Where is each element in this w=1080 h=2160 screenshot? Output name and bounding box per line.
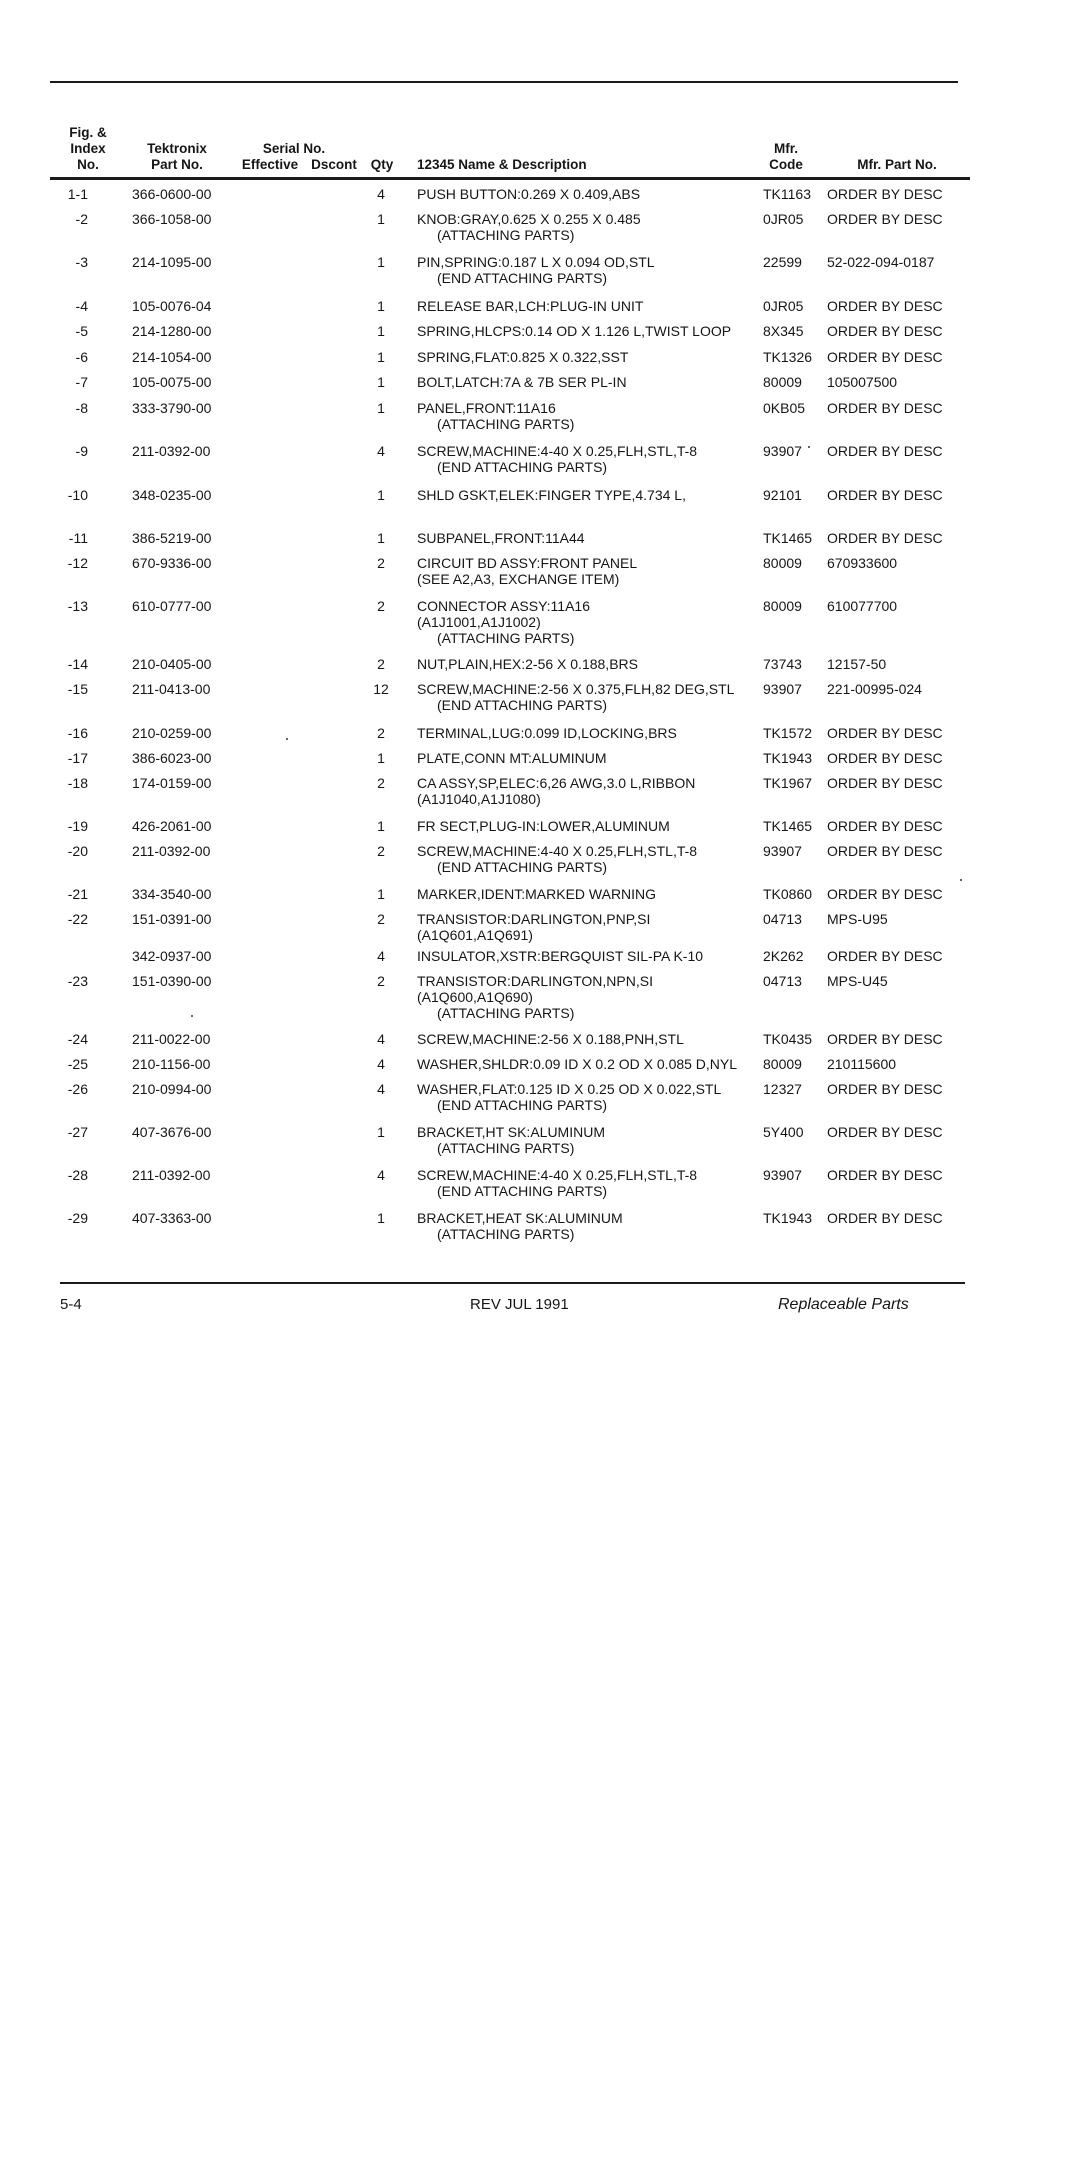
name-description: BRACKET,HEAT SK:ALUMINUM(ATTACHING PARTS…: [417, 1210, 623, 1242]
mfr-part-no: ORDER BY DESC: [827, 443, 943, 459]
header-mfr-code-line: Mfr.: [765, 141, 807, 157]
fig-index: -22: [40, 911, 88, 927]
quantity: 2: [368, 555, 394, 571]
tektronix-part-no: 407-3363-00: [132, 1210, 211, 1226]
tektronix-part-no: 610-0777-00: [132, 598, 211, 614]
mfr-part-no: 670933600: [827, 555, 897, 571]
mfr-part-no: 610077700: [827, 598, 897, 614]
mfr-code: 93907: [763, 443, 802, 459]
fig-index: -21: [40, 886, 88, 902]
fig-index: -27: [40, 1124, 88, 1140]
tektronix-part-no: 211-0413-00: [132, 681, 210, 697]
mfr-code: 80009: [763, 555, 802, 571]
name-description: SCREW,MACHINE:2-56 X 0.188,PNH,STL: [417, 1031, 684, 1047]
tektronix-part-no: 210-0259-00: [132, 725, 211, 741]
fig-index: -9: [40, 443, 88, 459]
header-effective: Effective: [240, 157, 300, 173]
tektronix-part-no: 366-1058-00: [132, 211, 211, 227]
tektronix-part-no: 366-0600-00: [132, 186, 211, 202]
mfr-code: 73743: [763, 656, 802, 672]
mfr-part-no: ORDER BY DESC: [827, 186, 943, 202]
description-line: BOLT,LATCH:7A & 7B SER PL-IN: [417, 374, 627, 390]
description-line: SCREW,MACHINE:2-56 X 0.375,FLH,82 DEG,ST…: [417, 681, 734, 697]
tektronix-part-no: 348-0235-00: [132, 487, 211, 503]
mfr-code: 8X345: [763, 323, 803, 339]
quantity: 4: [368, 1031, 394, 1047]
fig-index: -11: [40, 530, 88, 546]
header-rule: [50, 177, 970, 180]
quantity: 2: [368, 973, 394, 989]
mfr-part-no: 105007500: [827, 374, 897, 390]
tektronix-part-no: 333-3790-00: [132, 400, 211, 416]
fig-index: -12: [40, 555, 88, 571]
description-line: (ATTACHING PARTS): [417, 1226, 623, 1242]
name-description: PUSH BUTTON:0.269 X 0.409,ABS: [417, 186, 640, 202]
mfr-code: 92101: [763, 487, 802, 503]
footer-rule: [60, 1282, 965, 1284]
name-description: BRACKET,HT SK:ALUMINUM(ATTACHING PARTS): [417, 1124, 605, 1156]
tektronix-part-no: 105-0075-00: [132, 374, 211, 390]
tektronix-part-no: 211-0022-00: [132, 1031, 210, 1047]
name-description: WASHER,SHLDR:0.09 ID X 0.2 OD X 0.085 D,…: [417, 1056, 737, 1072]
quantity: 2: [368, 843, 394, 859]
header-index-line: Fig. &: [62, 125, 114, 141]
fig-index: -29: [40, 1210, 88, 1226]
quantity: 1: [368, 750, 394, 766]
description-line: (ATTACHING PARTS): [417, 416, 574, 432]
mfr-code: TK1326: [763, 349, 812, 365]
quantity: 12: [368, 681, 394, 697]
description-line: CIRCUIT BD ASSY:FRONT PANEL: [417, 555, 637, 571]
description-line: SPRING,FLAT:0.825 X 0.322,SST: [417, 349, 628, 365]
mfr-part-no: ORDER BY DESC: [827, 349, 943, 365]
fig-index: -19: [40, 818, 88, 834]
scan-speck: [286, 738, 288, 740]
fig-index: -13: [40, 598, 88, 614]
quantity: 1: [368, 323, 394, 339]
description-line: (END ATTACHING PARTS): [417, 697, 734, 713]
description-line: WASHER,SHLDR:0.09 ID X 0.2 OD X 0.085 D,…: [417, 1056, 737, 1072]
header-part-line: Tektronix: [140, 141, 214, 157]
fig-index: -10: [40, 487, 88, 503]
header-dscont: Dscont: [308, 157, 360, 173]
tektronix-part-no: 211-0392-00: [132, 843, 210, 859]
name-description: RELEASE BAR,LCH:PLUG-IN UNIT: [417, 298, 643, 314]
name-description: SPRING,HLCPS:0.14 OD X 1.126 L,TWIST LOO…: [417, 323, 731, 339]
name-description: SCREW,MACHINE:4-40 X 0.25,FLH,STL,T-8(EN…: [417, 443, 697, 475]
description-line: (ATTACHING PARTS): [417, 630, 590, 646]
top-rule: [50, 81, 958, 83]
header-part-line: Part No.: [140, 157, 214, 173]
mfr-code: TK1943: [763, 1210, 812, 1226]
tektronix-part-no: 334-3540-00: [132, 886, 211, 902]
name-description: WASHER,FLAT:0.125 ID X 0.25 OD X 0.022,S…: [417, 1081, 721, 1113]
mfr-code: 0JR05: [763, 298, 803, 314]
tektronix-part-no: 211-0392-00: [132, 1167, 210, 1183]
mfr-code: 04713: [763, 911, 802, 927]
fig-index: -28: [40, 1167, 88, 1183]
revision-date: REV JUL 1991: [470, 1296, 569, 1313]
quantity: 4: [368, 186, 394, 202]
description-line: TRANSISTOR:DARLINGTON,NPN,SI: [417, 973, 653, 989]
name-description: TRANSISTOR:DARLINGTON,PNP,SI(A1Q601,A1Q6…: [417, 911, 650, 943]
tektronix-part-no: 214-1054-00: [132, 349, 211, 365]
mfr-code: 0KB05: [763, 400, 805, 416]
description-line: PLATE,CONN MT:ALUMINUM: [417, 750, 607, 766]
mfr-code: TK1465: [763, 818, 812, 834]
header-qty: Qty: [368, 157, 396, 173]
fig-index: -26: [40, 1081, 88, 1097]
mfr-part-no: ORDER BY DESC: [827, 323, 943, 339]
tektronix-part-no: 407-3676-00: [132, 1124, 211, 1140]
mfr-code: 12327: [763, 1081, 802, 1097]
mfr-part-no: ORDER BY DESC: [827, 1031, 943, 1047]
fig-index: -3: [40, 254, 88, 270]
quantity: 1: [368, 487, 394, 503]
tektronix-part-no: 174-0159-00: [132, 775, 211, 791]
description-line: WASHER,FLAT:0.125 ID X 0.25 OD X 0.022,S…: [417, 1081, 721, 1097]
description-line: (END ATTACHING PARTS): [417, 459, 697, 475]
mfr-part-no: ORDER BY DESC: [827, 750, 943, 766]
quantity: 1: [368, 530, 394, 546]
name-description: NUT,PLAIN,HEX:2-56 X 0.188,BRS: [417, 656, 638, 672]
name-description: CA ASSY,SP,ELEC:6,26 AWG,3.0 L,RIBBON(A1…: [417, 775, 695, 807]
quantity: 1: [368, 374, 394, 390]
quantity: 1: [368, 298, 394, 314]
name-description: BOLT,LATCH:7A & 7B SER PL-IN: [417, 374, 627, 390]
quantity: 1: [368, 886, 394, 902]
page-number: 5-4: [60, 1296, 82, 1313]
mfr-part-no: ORDER BY DESC: [827, 843, 943, 859]
header-mfr-part-no: Mfr. Part No.: [852, 157, 942, 173]
description-line: PANEL,FRONT:11A16: [417, 400, 574, 416]
header-mfr-code: Mfr. Code: [765, 141, 807, 173]
quantity: 4: [368, 1081, 394, 1097]
scan-speck: [191, 1015, 193, 1017]
tektronix-part-no: 151-0390-00: [132, 973, 211, 989]
mfr-part-no: ORDER BY DESC: [827, 211, 943, 227]
name-description: SCREW,MACHINE:4-40 X 0.25,FLH,STL,T-8(EN…: [417, 1167, 697, 1199]
tektronix-part-no: 211-0392-00: [132, 443, 210, 459]
name-description: INSULATOR,XSTR:BERGQUIST SIL-PA K-10: [417, 948, 703, 964]
mfr-code: 80009: [763, 1056, 802, 1072]
description-line: (ATTACHING PARTS): [417, 1140, 605, 1156]
mfr-code: 93907: [763, 843, 802, 859]
description-line: (ATTACHING PARTS): [417, 227, 641, 243]
mfr-code: TK0435: [763, 1031, 812, 1047]
mfr-code: TK1163: [763, 186, 811, 202]
quantity: 2: [368, 725, 394, 741]
name-description: CONNECTOR ASSY:11A16(A1J1001,A1J1002)(AT…: [417, 598, 590, 646]
mfr-part-no: ORDER BY DESC: [827, 818, 943, 834]
quantity: 1: [368, 349, 394, 365]
name-description: SCREW,MACHINE:2-56 X 0.375,FLH,82 DEG,ST…: [417, 681, 734, 713]
mfr-part-no: ORDER BY DESC: [827, 1210, 943, 1226]
header-index-line: No.: [62, 157, 114, 173]
description-line: SHLD GSKT,ELEK:FINGER TYPE,4.734 L,: [417, 487, 686, 503]
quantity: 1: [368, 211, 394, 227]
quantity: 1: [368, 1124, 394, 1140]
quantity: 1: [368, 1210, 394, 1226]
mfr-part-no: 52-022-094-0187: [827, 254, 934, 270]
tektronix-part-no: 214-1280-00: [132, 323, 211, 339]
description-line: RELEASE BAR,LCH:PLUG-IN UNIT: [417, 298, 643, 314]
description-line: NUT,PLAIN,HEX:2-56 X 0.188,BRS: [417, 656, 638, 672]
fig-index: -17: [40, 750, 88, 766]
name-description: KNOB:GRAY,0.625 X 0.255 X 0.485(ATTACHIN…: [417, 211, 641, 243]
fig-index: -23: [40, 973, 88, 989]
quantity: 2: [368, 775, 394, 791]
mfr-part-no: 12157-50: [827, 656, 886, 672]
fig-index: -14: [40, 656, 88, 672]
description-line: (ATTACHING PARTS): [417, 1005, 653, 1021]
tektronix-part-no: 426-2061-00: [132, 818, 211, 834]
mfr-code: TK1465: [763, 530, 812, 546]
description-line: SCREW,MACHINE:4-40 X 0.25,FLH,STL,T-8: [417, 1167, 697, 1183]
header-index-line: Index: [62, 141, 114, 157]
fig-index: -6: [40, 349, 88, 365]
mfr-part-no: 221-00995-024: [827, 681, 922, 697]
description-line: (END ATTACHING PARTS): [417, 270, 655, 286]
tektronix-part-no: 342-0937-00: [132, 948, 211, 964]
mfr-code: 04713: [763, 973, 802, 989]
mfr-code: TK1572: [763, 725, 812, 741]
tektronix-part-no: 105-0076-04: [132, 298, 211, 314]
name-description: PIN,SPRING:0.187 L X 0.094 OD,STL(END AT…: [417, 254, 655, 286]
fig-index: -18: [40, 775, 88, 791]
mfr-part-no: ORDER BY DESC: [827, 775, 943, 791]
description-line: CA ASSY,SP,ELEC:6,26 AWG,3.0 L,RIBBON: [417, 775, 695, 791]
description-line: SUBPANEL,FRONT:11A44: [417, 530, 585, 546]
header-description: 12345 Name & Description: [417, 157, 587, 173]
description-line: MARKER,IDENT:MARKED WARNING: [417, 886, 656, 902]
mfr-code: TK1943: [763, 750, 812, 766]
tektronix-part-no: 386-5219-00: [132, 530, 211, 546]
quantity: 4: [368, 1056, 394, 1072]
fig-index: -2: [40, 211, 88, 227]
fig-index: -8: [40, 400, 88, 416]
description-line: SPRING,HLCPS:0.14 OD X 1.126 L,TWIST LOO…: [417, 323, 731, 339]
description-line: (END ATTACHING PARTS): [417, 1097, 721, 1113]
tektronix-part-no: 386-6023-00: [132, 750, 211, 766]
name-description: PANEL,FRONT:11A16(ATTACHING PARTS): [417, 400, 574, 432]
quantity: 2: [368, 656, 394, 672]
header-index: Fig. & Index No.: [62, 125, 114, 173]
tektronix-part-no: 670-9336-00: [132, 555, 211, 571]
name-description: PLATE,CONN MT:ALUMINUM: [417, 750, 607, 766]
mfr-code: 80009: [763, 598, 802, 614]
mfr-code: 80009: [763, 374, 802, 390]
name-description: MARKER,IDENT:MARKED WARNING: [417, 886, 656, 902]
description-line: CONNECTOR ASSY:11A16: [417, 598, 590, 614]
quantity: 1: [368, 254, 394, 270]
header-part-no: Tektronix Part No.: [140, 141, 214, 173]
description-line: (A1J1040,A1J1080): [417, 791, 695, 807]
description-line: INSULATOR,XSTR:BERGQUIST SIL-PA K-10: [417, 948, 703, 964]
mfr-code: TK0860: [763, 886, 812, 902]
mfr-code: 2K262: [763, 948, 803, 964]
description-line: (A1J1001,A1J1002): [417, 614, 590, 630]
mfr-part-no: ORDER BY DESC: [827, 400, 943, 416]
mfr-code: 93907: [763, 1167, 802, 1183]
description-line: BRACKET,HT SK:ALUMINUM: [417, 1124, 605, 1140]
fig-index: -16: [40, 725, 88, 741]
mfr-part-no: 210115600: [827, 1056, 896, 1072]
mfr-code: 0JR05: [763, 211, 803, 227]
tektronix-part-no: 214-1095-00: [132, 254, 211, 270]
description-line: SCREW,MACHINE:2-56 X 0.188,PNH,STL: [417, 1031, 684, 1047]
description-line: KNOB:GRAY,0.625 X 0.255 X 0.485: [417, 211, 641, 227]
name-description: FR SECT,PLUG-IN:LOWER,ALUMINUM: [417, 818, 670, 834]
fig-index: 1-1: [40, 186, 88, 202]
description-line: PIN,SPRING:0.187 L X 0.094 OD,STL: [417, 254, 655, 270]
mfr-part-no: ORDER BY DESC: [827, 298, 943, 314]
fig-index: -7: [40, 374, 88, 390]
mfr-code: 5Y400: [763, 1124, 803, 1140]
description-line: TERMINAL,LUG:0.099 ID,LOCKING,BRS: [417, 725, 677, 741]
description-line: PUSH BUTTON:0.269 X 0.409,ABS: [417, 186, 640, 202]
fig-index: -15: [40, 681, 88, 697]
header-serial-no: Serial No.: [258, 141, 330, 157]
description-line: SCREW,MACHINE:4-40 X 0.25,FLH,STL,T-8: [417, 843, 697, 859]
tektronix-part-no: 210-0405-00: [132, 656, 211, 672]
mfr-part-no: ORDER BY DESC: [827, 725, 943, 741]
description-line: (A1Q600,A1Q690): [417, 989, 653, 1005]
section-title: Replaceable Parts: [778, 1296, 909, 1314]
mfr-part-no: ORDER BY DESC: [827, 1124, 943, 1140]
fig-index: -4: [40, 298, 88, 314]
mfr-part-no: ORDER BY DESC: [827, 1167, 943, 1183]
quantity: 2: [368, 911, 394, 927]
description-line: (A1Q601,A1Q691): [417, 927, 650, 943]
fig-index: -5: [40, 323, 88, 339]
quantity: 1: [368, 818, 394, 834]
description-line: (SEE A2,A3, EXCHANGE ITEM): [417, 571, 637, 587]
mfr-part-no: ORDER BY DESC: [827, 948, 943, 964]
name-description: SPRING,FLAT:0.825 X 0.322,SST: [417, 349, 628, 365]
quantity: 1: [368, 400, 394, 416]
mfr-part-no: MPS-U45: [827, 973, 888, 989]
description-line: (END ATTACHING PARTS): [417, 1183, 697, 1199]
mfr-code: TK1967: [763, 775, 812, 791]
description-line: TRANSISTOR:DARLINGTON,PNP,SI: [417, 911, 650, 927]
description-line: FR SECT,PLUG-IN:LOWER,ALUMINUM: [417, 818, 670, 834]
name-description: SUBPANEL,FRONT:11A44: [417, 530, 585, 546]
description-line: (END ATTACHING PARTS): [417, 859, 697, 875]
tektronix-part-no: 210-1156-00: [132, 1056, 210, 1072]
mfr-part-no: ORDER BY DESC: [827, 886, 943, 902]
mfr-part-no: MPS-U95: [827, 911, 888, 927]
tektronix-part-no: 210-0994-00: [132, 1081, 211, 1097]
quantity: 4: [368, 443, 394, 459]
description-line: BRACKET,HEAT SK:ALUMINUM: [417, 1210, 623, 1226]
tektronix-part-no: 151-0391-00: [132, 911, 211, 927]
description-line: SCREW,MACHINE:4-40 X 0.25,FLH,STL,T-8: [417, 443, 697, 459]
fig-index: -25: [40, 1056, 88, 1072]
header-mfr-code-line: Code: [765, 157, 807, 173]
name-description: SCREW,MACHINE:4-40 X 0.25,FLH,STL,T-8(EN…: [417, 843, 697, 875]
fig-index: -20: [40, 843, 88, 859]
name-description: TERMINAL,LUG:0.099 ID,LOCKING,BRS: [417, 725, 677, 741]
mfr-part-no: ORDER BY DESC: [827, 530, 943, 546]
mfr-code: 22599: [763, 254, 802, 270]
fig-index: -24: [40, 1031, 88, 1047]
scan-speck: [960, 879, 962, 881]
mfr-code: 93907: [763, 681, 802, 697]
mfr-part-no: ORDER BY DESC: [827, 487, 943, 503]
scan-speck: [808, 446, 810, 448]
name-description: SHLD GSKT,ELEK:FINGER TYPE,4.734 L,: [417, 487, 686, 503]
mfr-part-no: ORDER BY DESC: [827, 1081, 943, 1097]
quantity: 4: [368, 948, 394, 964]
quantity: 4: [368, 1167, 394, 1183]
name-description: CIRCUIT BD ASSY:FRONT PANEL(SEE A2,A3, E…: [417, 555, 637, 587]
name-description: TRANSISTOR:DARLINGTON,NPN,SI(A1Q600,A1Q6…: [417, 973, 653, 1021]
quantity: 2: [368, 598, 394, 614]
